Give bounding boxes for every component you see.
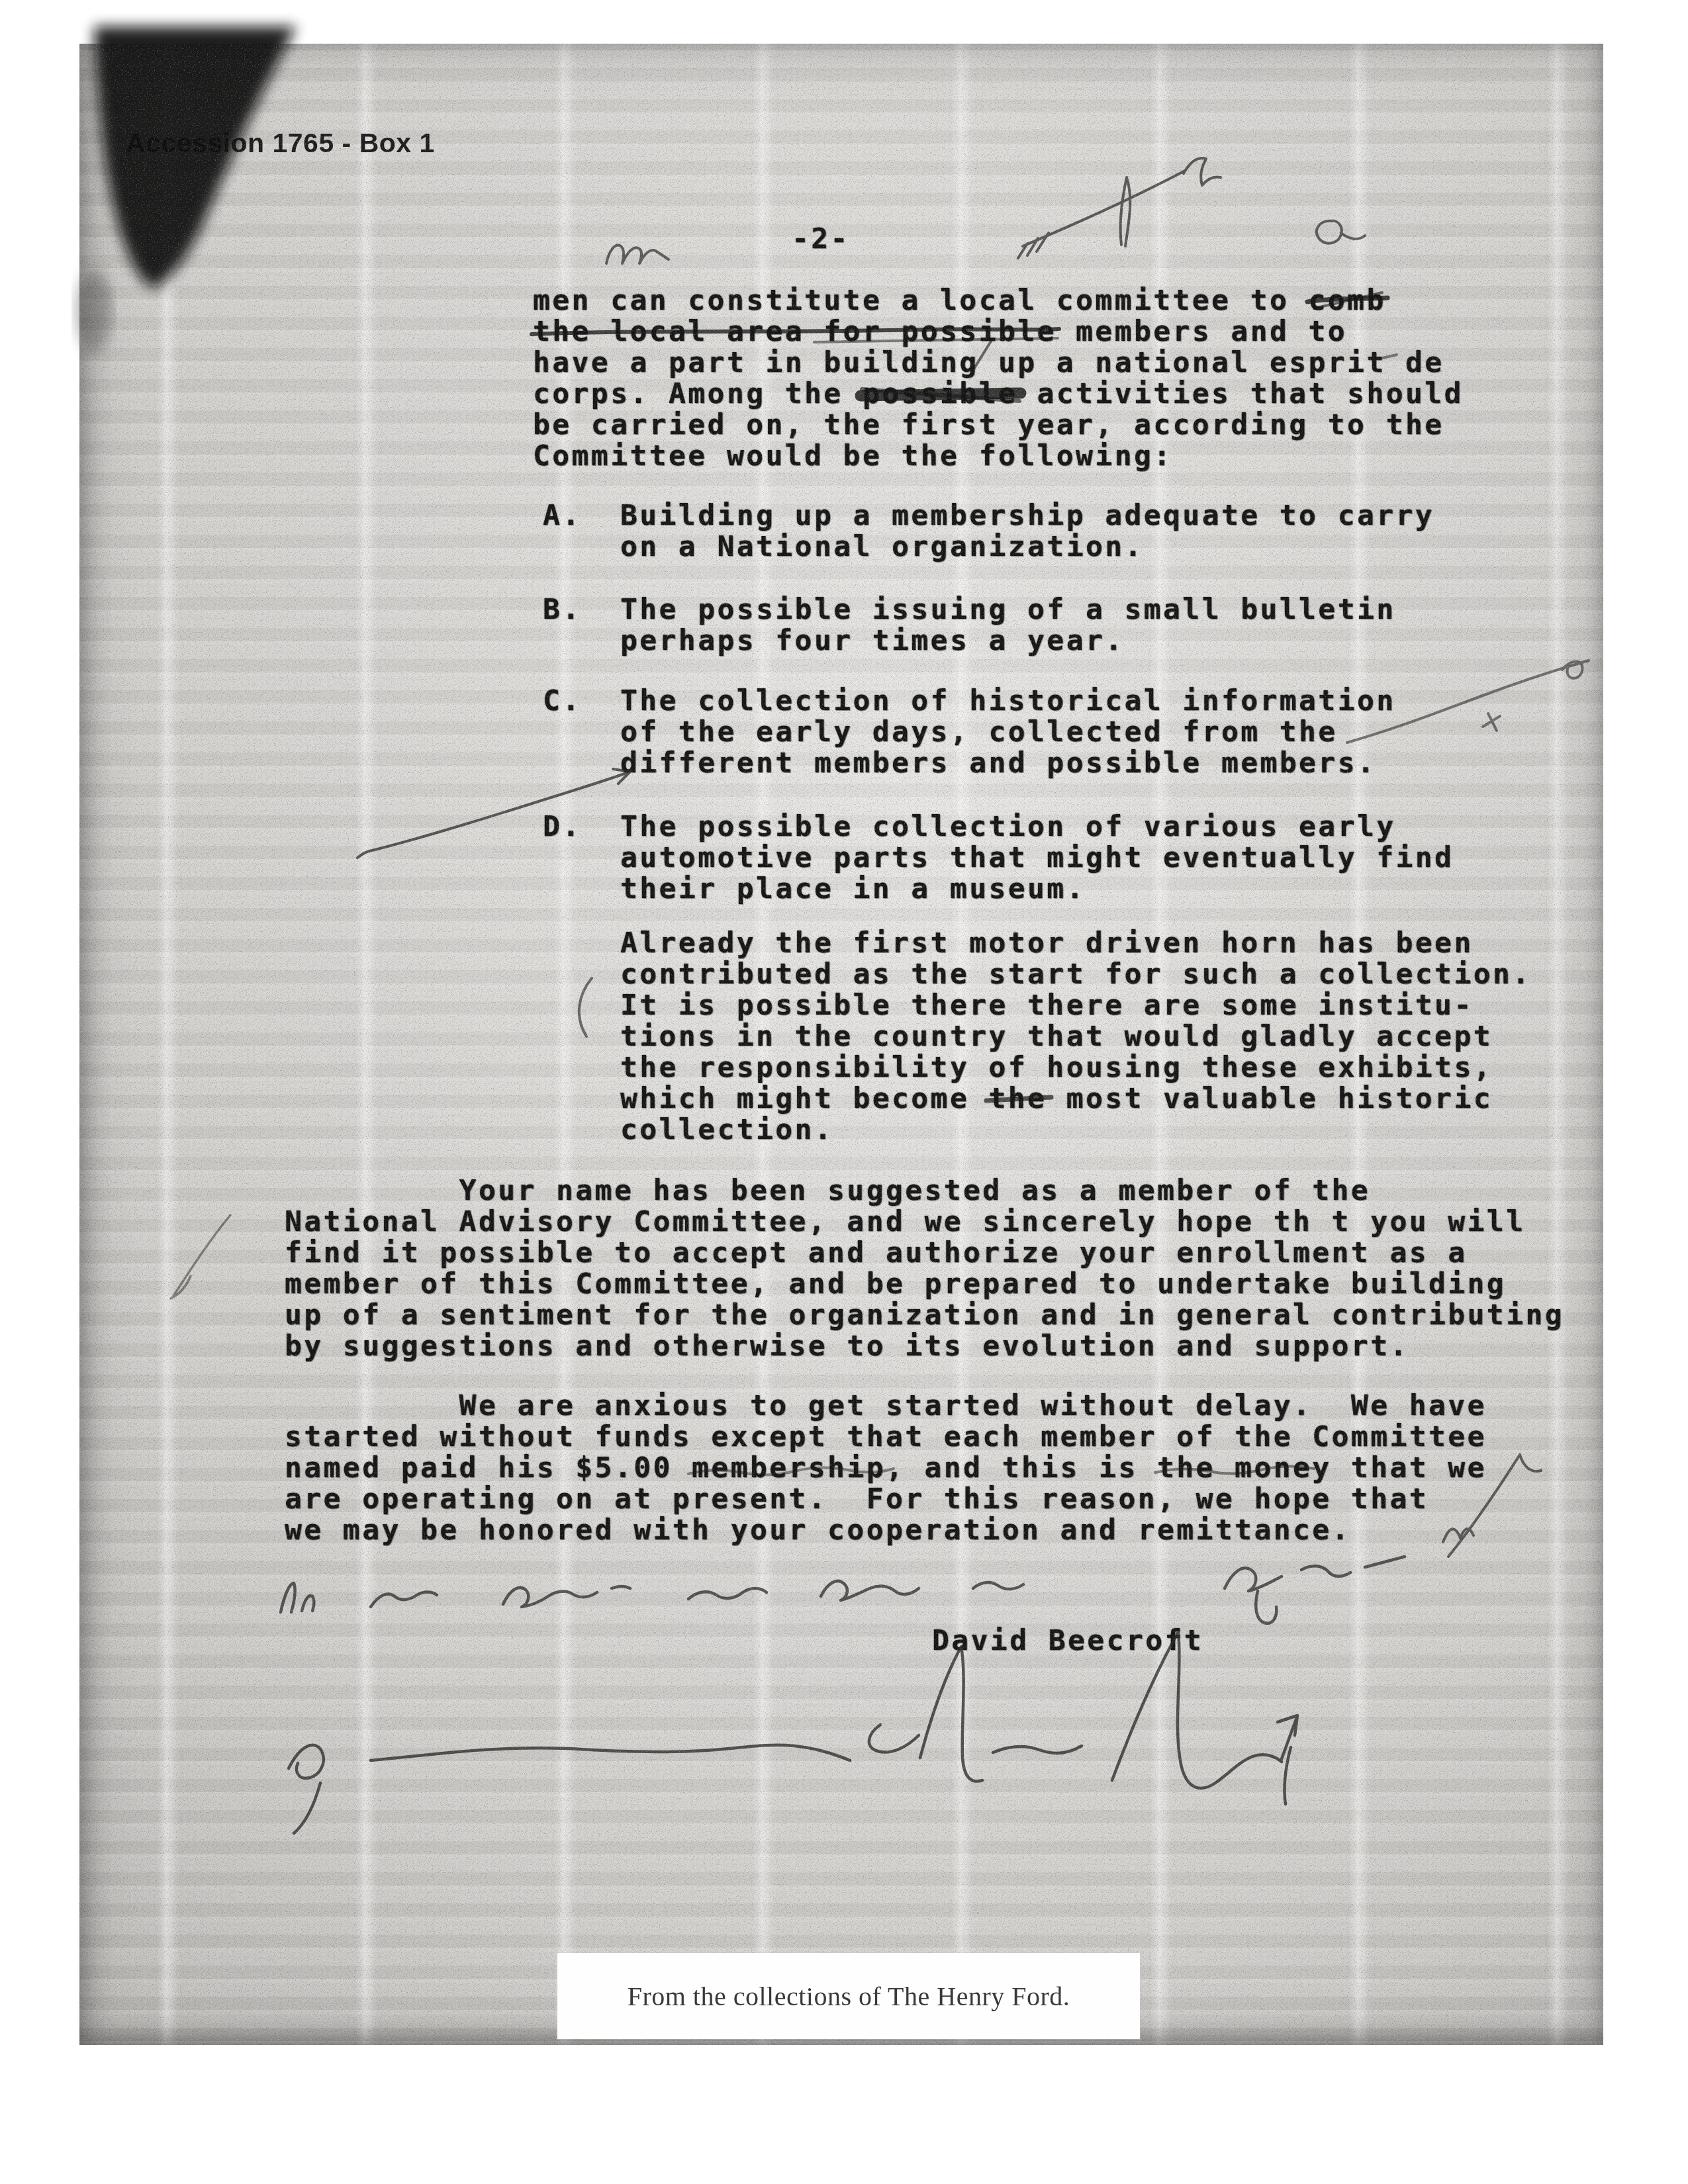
page-number: -2-	[792, 224, 850, 255]
list-item-a-text: Building up a membership adequate to car…	[620, 500, 1434, 563]
list-item-c-text: The collection of historical information…	[620, 686, 1396, 779]
letter-paragraph-4: We are anxious to get started without de…	[285, 1390, 1487, 1546]
list-item-d-text: The possible collection of various early…	[620, 811, 1454, 905]
letter-paragraph-1: men can constitute a local committee to …	[533, 285, 1464, 472]
list-item-d-label: D.	[543, 811, 589, 842]
letter-paragraph-2: Already the first motor driven horn has …	[620, 928, 1532, 1146]
scanned-letter-page: Accession 1765 - Box 1 -2- men can const…	[0, 0, 1688, 2184]
list-item-b-text: The possible issuing of a small bulletin…	[620, 594, 1396, 657]
archive-stamp-text: From the collections of The Henry Ford.	[628, 1981, 1070, 2012]
archive-stamp: From the collections of The Henry Ford.	[557, 1953, 1140, 2039]
list-item-c-label: C.	[543, 686, 589, 717]
list-item-b-label: B.	[543, 594, 589, 625]
list-item-a-label: A.	[543, 500, 589, 531]
letter-paragraph-3: Your name has been suggested as a member…	[285, 1175, 1564, 1362]
typed-signature: David Beecroft	[932, 1625, 1203, 1657]
accession-label: Accession 1765 - Box 1	[126, 128, 435, 159]
